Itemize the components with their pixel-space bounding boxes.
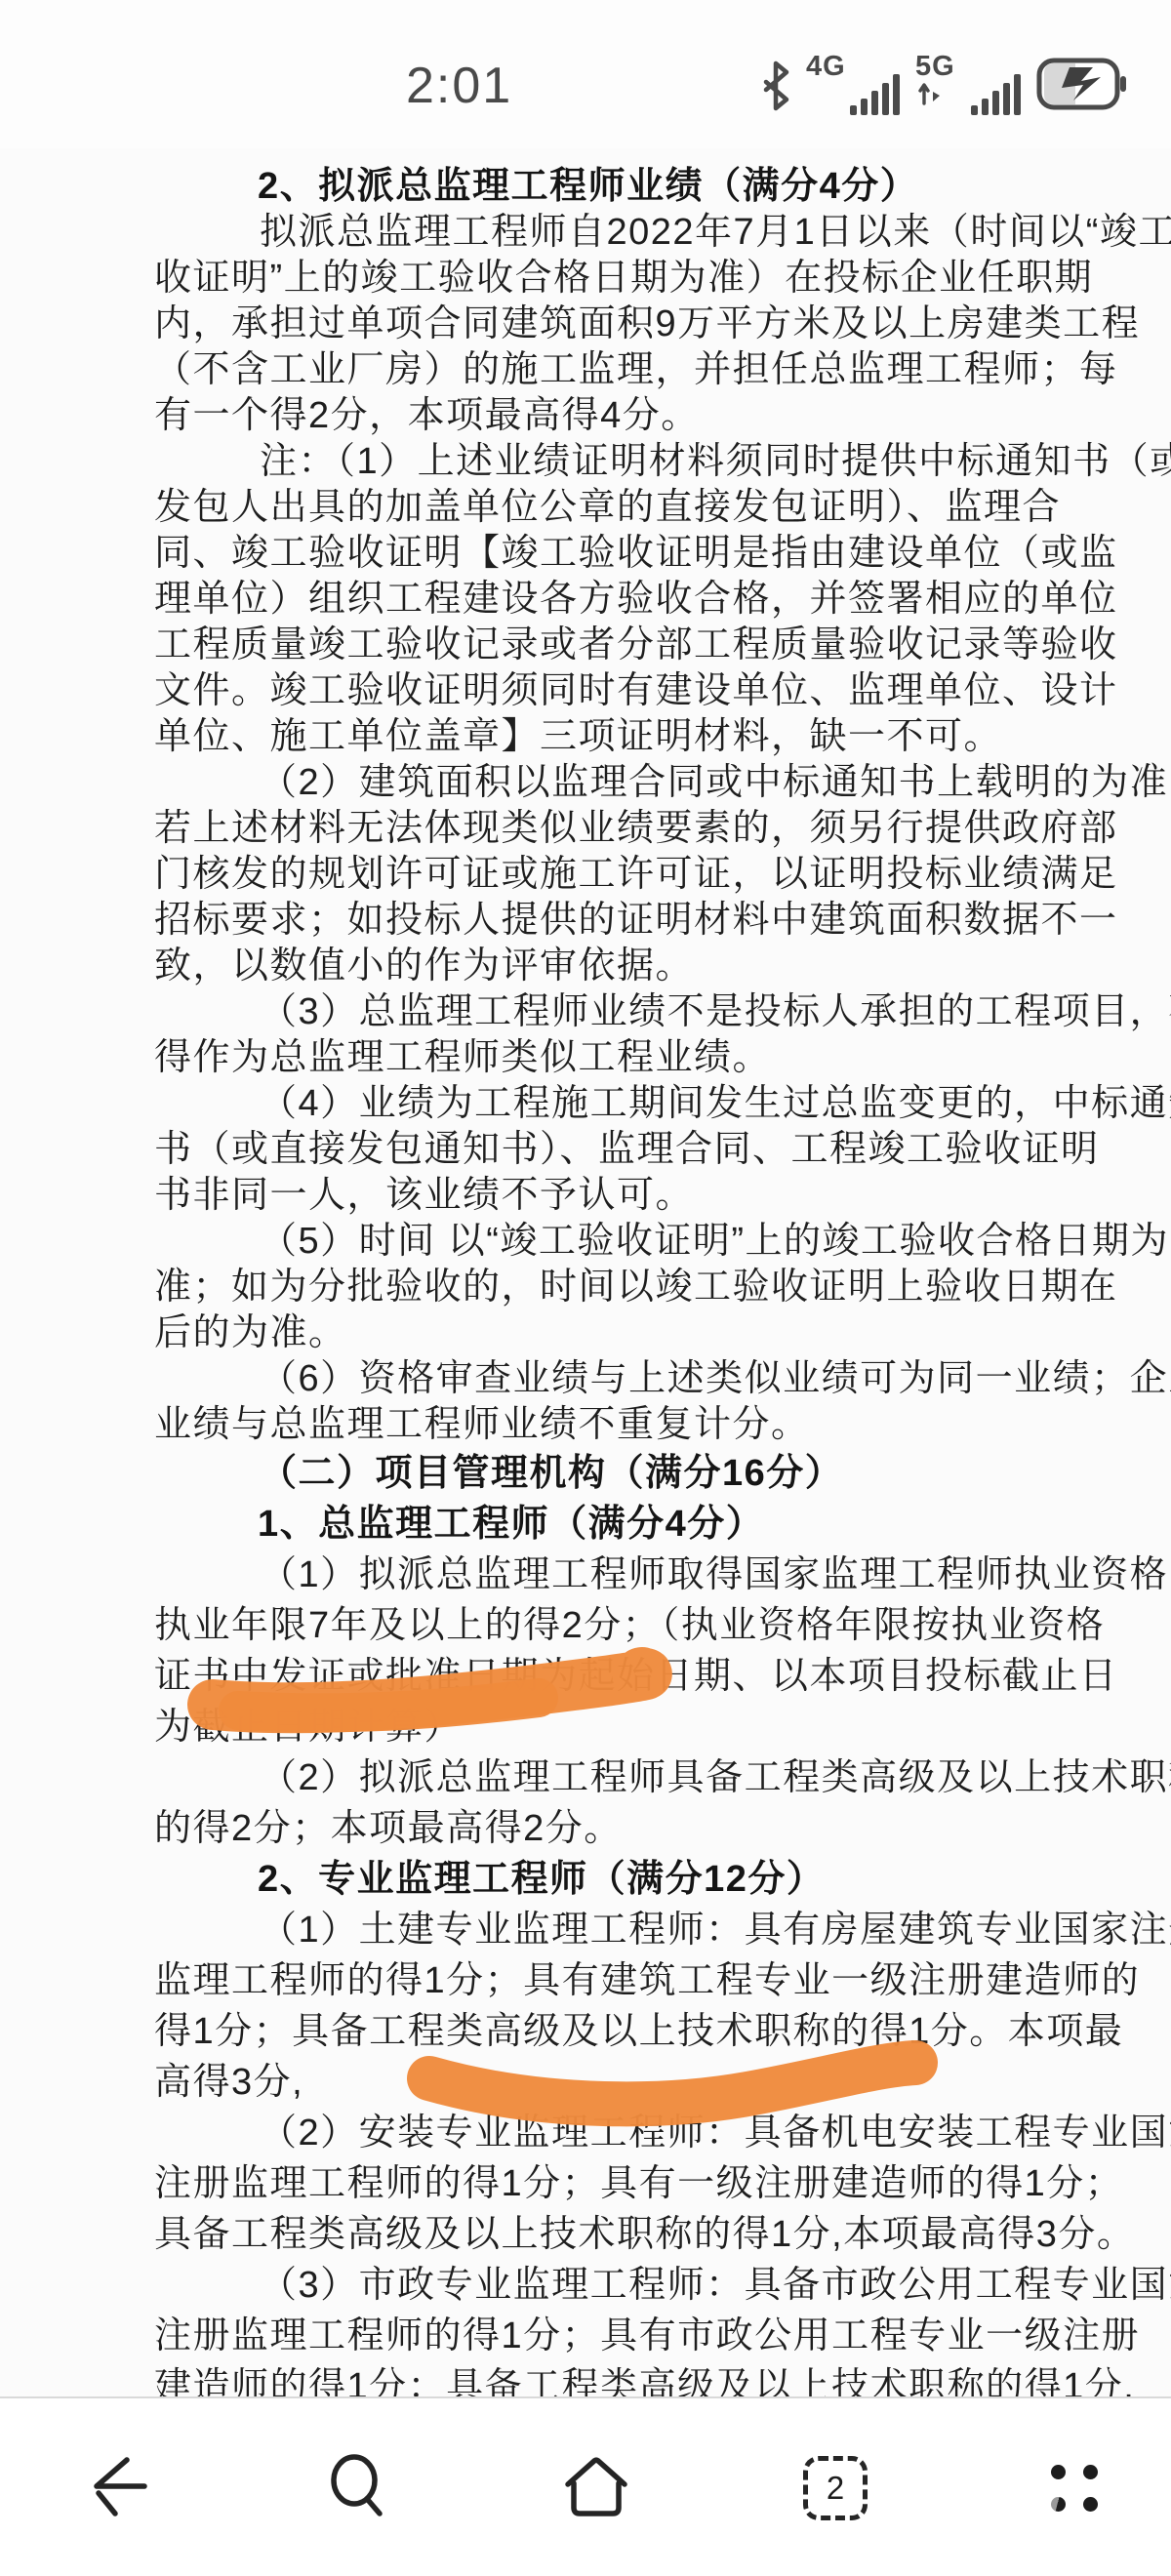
text-line: 单位、施工单位盖章】三项证明材料，缺一不可。 [154,714,1171,760]
text-line: 拟派总监理工程师自2022年7月1日以来（时间以“竣工验 [154,210,1171,256]
clock: 2:01 [406,57,512,115]
back-arrow-icon [82,2451,154,2526]
text-line: 业绩与总监理工程师业绩不重复计分。 [154,1402,1171,1448]
menu-dots-icon [1049,2463,1100,2514]
search-icon [323,2451,391,2526]
menu-button[interactable] [1038,2451,1110,2525]
home-button[interactable] [560,2451,632,2525]
network-4g-label: 4G [806,51,846,83]
text-line: 1、总监理工程师（满分4分） [154,1499,1171,1550]
text-line: 监理工程师的得1分；具有建筑工程专业一级注册建造师的 [154,1955,1171,2006]
text-line: 后的为准。 [154,1310,1171,1356]
signal-bars-4g-icon [850,74,900,115]
text-line: 发包人出具的加盖单位公章的直接发包证明）、监理合 [154,485,1171,531]
text-line: 书非同一人，该业绩不予认可。 [154,1173,1171,1219]
text-line: 得作为总监理工程师类似工程业绩。 [154,1035,1171,1081]
phone-screen: 2:01 4G 5G [0,0,1171,2576]
text-line: 2、拟派总监理工程师业绩（满分4分） [154,164,1171,210]
text-line: 收证明”上的竣工验收合格日期为准）在投标企业任职期 [154,256,1171,302]
document-section-b: （二）项目管理机构（满分16分）1、总监理工程师（满分4分）（1）拟派总监理工程… [0,1448,1171,2396]
up-down-arrows-icon [917,82,943,110]
bluetooth-icon [761,60,790,117]
text-line: 的得2分；本项最高得2分。 [154,1803,1171,1854]
text-line: 理单位）组织工程建设各方验收合格，并签署相应的单位 [154,577,1171,623]
text-line: （二）项目管理机构（满分16分） [154,1448,1171,1499]
text-line: 证书中发证或批准日期为起始日期、以本项目投标截止日 [154,1651,1171,1702]
text-line: （6）资格审查业绩与上述类似业绩可为同一业绩；企业 [154,1356,1171,1402]
text-line: 文件。竣工验收证明须同时有建设单位、监理单位、设计 [154,668,1171,714]
text-line: 为截止日期计算） [154,1702,1171,1752]
text-line: 得1分；具备工程类高级及以上技术职称的得1分。本项最 [154,2006,1171,2057]
back-button[interactable] [82,2451,154,2525]
text-line: （不含工业厂房）的施工监理，并担任总监理工程师；每 [154,347,1171,393]
status-bar: 2:01 4G 5G [0,0,1171,148]
text-line: 致，以数值小的作为评审依据。 [154,944,1171,989]
tabs-icon: 2 [803,2456,868,2520]
tabs-button[interactable]: 2 [799,2451,871,2525]
text-line: 有一个得2分，本项最高得4分。 [154,393,1171,439]
text-line: 执业年限7年及以上的得2分；（执业资格年限按执业资格 [154,1600,1171,1651]
signal-4g: 4G [806,55,900,117]
text-line: 若上述材料无法体现类似业绩要素的，须另行提供政府部 [154,806,1171,852]
signal-5g: 5G [915,55,1021,117]
tabs-count: 2 [827,2470,844,2507]
document-section-a: 2、拟派总监理工程师业绩（满分4分）拟派总监理工程师自2022年7月1日以来（时… [0,164,1171,1448]
text-line: 门核发的规划许可证或施工许可证，以证明投标业绩满足 [154,852,1171,898]
status-icons: 4G 5G [761,55,1126,117]
battery-charging-icon [1036,56,1126,117]
text-line: 同、竣工验收证明【竣工验收证明是指由建设单位（或监 [154,531,1171,577]
text-line: （2）建筑面积以监理合同或中标通知书上载明的为准， [154,760,1171,806]
text-line: （3）总监理工程师业绩不是投标人承担的工程项目，不 [154,989,1171,1035]
text-line: 书（或直接发包通知书）、监理合同、工程竣工验收证明 [154,1127,1171,1173]
text-line: 2、专业监理工程师（满分12分） [154,1854,1171,1905]
text-line: （1）拟派总监理工程师取得国家监理工程师执业资格， [154,1550,1171,1600]
home-icon [560,2451,632,2526]
text-line: 招标要求；如投标人提供的证明材料中建筑面积数据不一 [154,898,1171,944]
text-line: 注：（1）上述业绩证明材料须同时提供中标通知书（或 [154,439,1171,485]
text-line: 建造师的得1分：具备工程类高级及以上技术职称的得1分, [154,2361,1171,2396]
text-line: （1）土建专业监理工程师：具有房屋建筑专业国家注册 [154,1905,1171,1955]
text-line: （4）业绩为工程施工期间发生过总监变更的，中标通知 [154,1081,1171,1127]
text-line: （2）拟派总监理工程师具备工程类高级及以上技术职称 [154,1752,1171,1803]
text-line: 具备工程类高级及以上技术职称的得1分,本项最高得3分。 [154,2209,1171,2260]
network-5g-label: 5G [915,51,955,83]
document-page[interactable]: 2、拟派总监理工程师业绩（满分4分）拟派总监理工程师自2022年7月1日以来（时… [0,164,1171,2396]
text-line: （3）市政专业监理工程师：具备市政公用工程专业国家 [154,2260,1171,2311]
text-line: （2）安装专业监理工程师：具备机电安装工程专业国家 [154,2108,1171,2158]
text-line: 高得3分, [154,2057,1171,2108]
text-line: （5）时间 以“竣工验收证明”上的竣工验收合格日期为 [154,1219,1171,1265]
text-line: 注册监理工程师的得1分；具有市政公用工程专业一级注册 [154,2311,1171,2361]
signal-bars-5g-icon [971,74,1021,115]
text-line: 准；如为分批验收的，时间以竣工验收证明上验收日期在 [154,1265,1171,1310]
text-line: 内，承担过单项合同建筑面积9万平方米及以上房建类工程 [154,302,1171,347]
search-button[interactable] [321,2451,393,2525]
text-line: 注册监理工程师的得1分；具有一级注册建造师的得1分； [154,2158,1171,2209]
navigation-bar: 2 [0,2396,1171,2576]
text-line: 工程质量竣工验收记录或者分部工程质量验收记录等验收 [154,623,1171,668]
